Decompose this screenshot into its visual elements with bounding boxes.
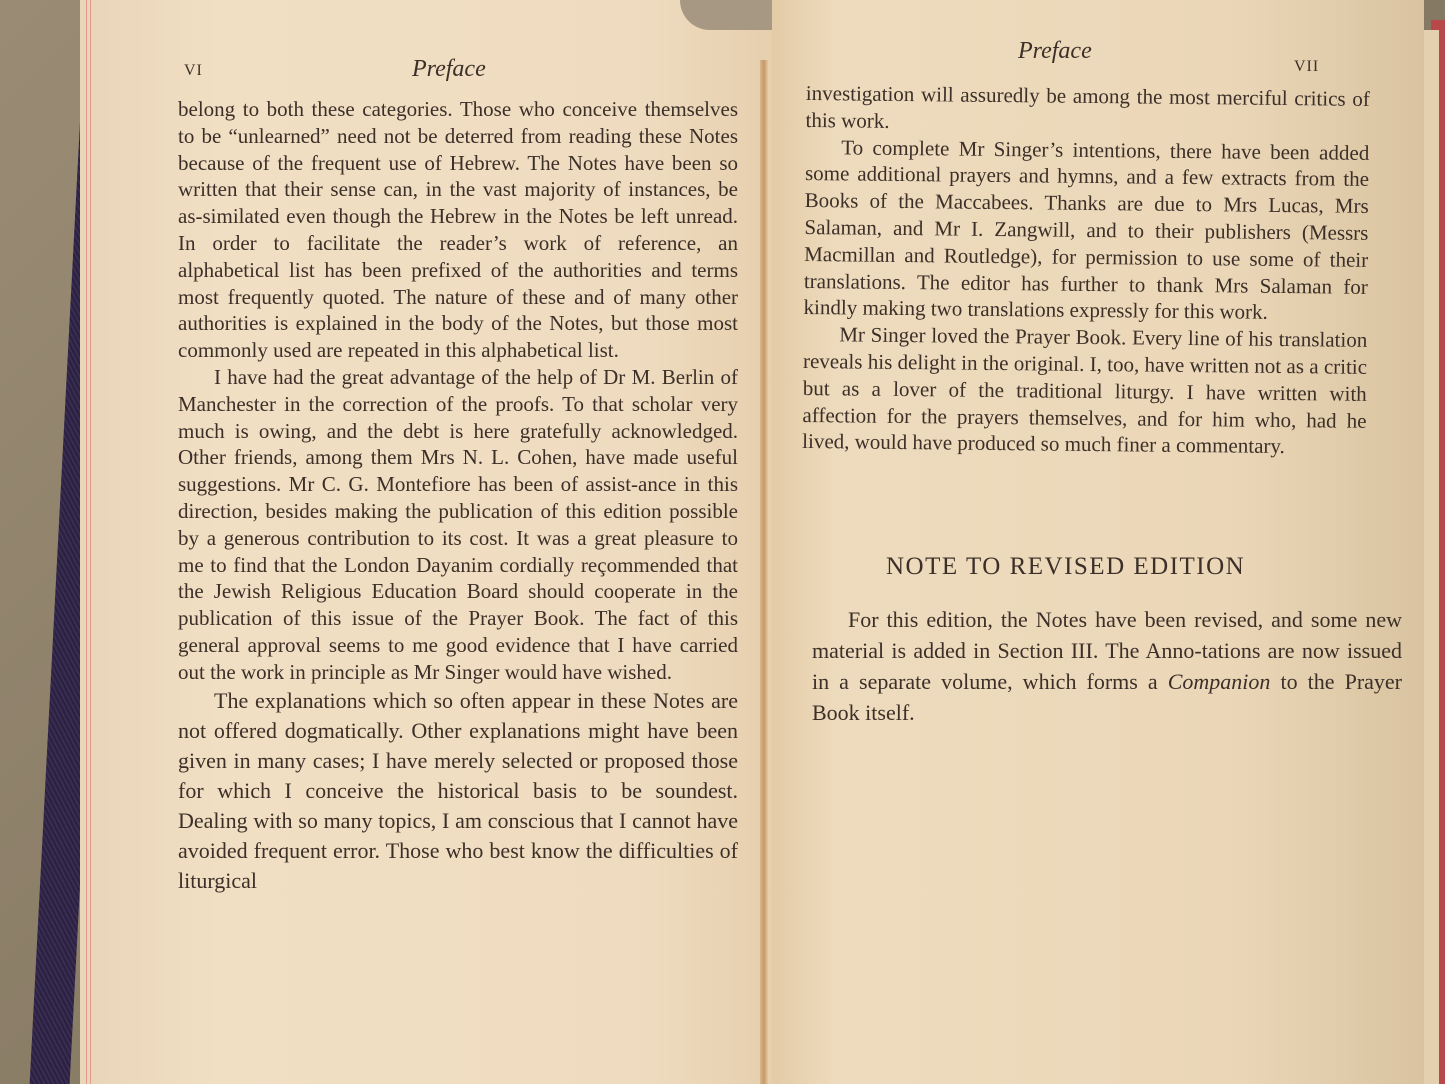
- paragraph: belong to both these categories. Those w…: [178, 96, 738, 364]
- body-text: investigation will assuredly be among th…: [802, 80, 1370, 461]
- red-edge-rule: [90, 0, 91, 1084]
- paragraph: I have had the great advantage of the he…: [178, 364, 738, 686]
- paragraph: Mr Singer loved the Prayer Book. Every l…: [802, 321, 1367, 461]
- red-edge-rule: [86, 0, 87, 1084]
- book-gutter: [760, 60, 768, 1084]
- left-page: VI Preface belong to both these categori…: [80, 0, 772, 1084]
- revised-note: For this edition, the Notes have been re…: [812, 604, 1402, 728]
- running-title: Preface: [1018, 38, 1092, 65]
- running-title: Preface: [412, 56, 486, 83]
- page-number: VI: [184, 62, 203, 80]
- paragraph: For this edition, the Notes have been re…: [812, 604, 1402, 728]
- right-page: Preface VII investigation will assuredly…: [772, 0, 1424, 1084]
- page-edges: [1422, 30, 1439, 1084]
- paragraph: To complete Mr Singer’s intentions, ther…: [803, 134, 1369, 327]
- italic-title: Companion: [1168, 669, 1271, 694]
- page-number: VII: [1294, 58, 1319, 76]
- section-heading: NOTE TO REVISED EDITION: [886, 553, 1245, 581]
- paragraph: investigation will assuredly be among th…: [805, 80, 1370, 139]
- paragraph: The explanations which so often appear i…: [178, 686, 738, 896]
- body-text: belong to both these categories. Those w…: [178, 96, 738, 896]
